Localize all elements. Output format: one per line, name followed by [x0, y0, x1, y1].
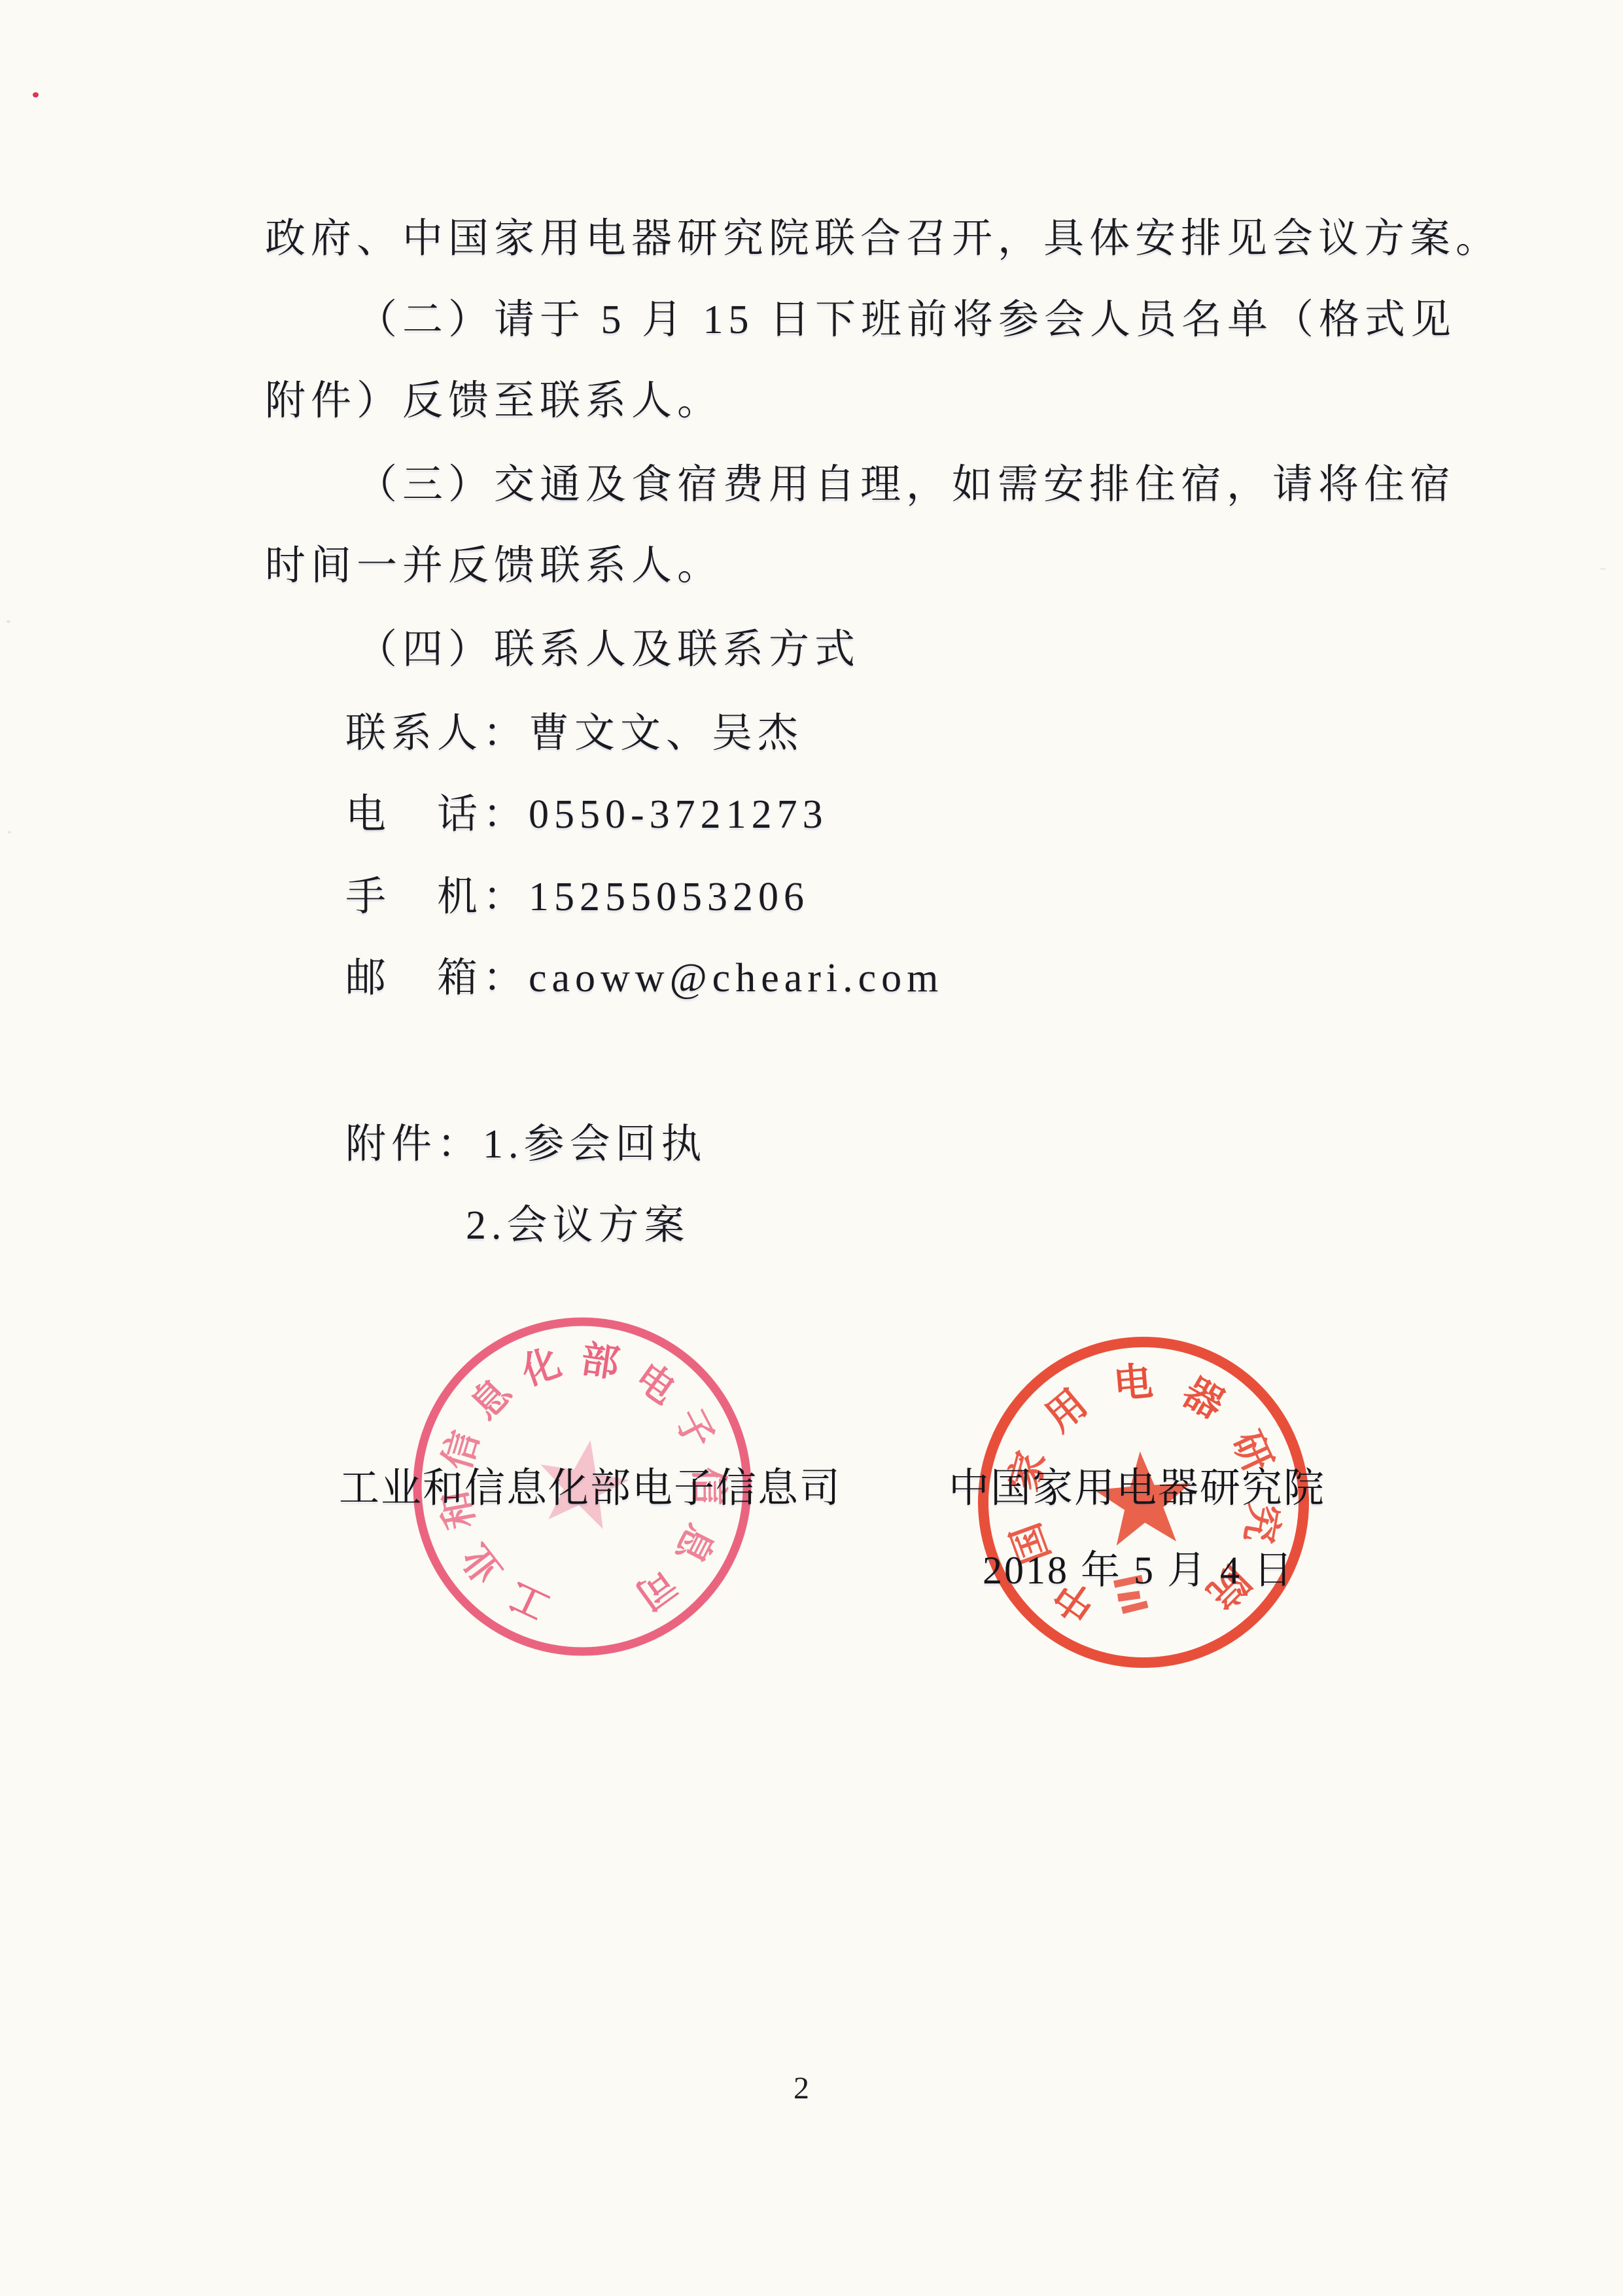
- svg-text:器: 器: [1176, 1370, 1231, 1427]
- phone-line: 电 话：0550-3721273: [345, 794, 828, 837]
- page-number: 2: [772, 2070, 831, 2106]
- attachment-line-1: 附件：1.参会回执: [345, 1123, 707, 1167]
- red-ink-speck: [33, 92, 39, 97]
- svg-text:电: 电: [1111, 1360, 1155, 1406]
- svg-text:司: 司: [628, 1561, 684, 1617]
- body-line: （二）请于 5 月 15 日下班前将参会人员名单（格式见: [357, 299, 1456, 342]
- body-line: 附件）反馈至联系人。: [265, 380, 723, 423]
- svg-text:业: 业: [454, 1536, 511, 1592]
- body-line: 政府、中国家用电器研究院联合召开，具体安排见会议方案。: [265, 218, 1501, 261]
- svg-text:电: 电: [627, 1355, 683, 1412]
- svg-text:息: 息: [667, 1517, 722, 1571]
- svg-text:化: 化: [515, 1341, 566, 1394]
- svg-text:工: 工: [502, 1574, 555, 1628]
- mobile-line: 手 机：15255053206: [345, 876, 809, 919]
- signature-org-left: 工业和信息化部电子信息司: [339, 1455, 841, 1513]
- svg-text:息: 息: [462, 1370, 520, 1428]
- signature-org-right: 中国家用电器研究院: [949, 1455, 1325, 1513]
- scan-speck: [7, 620, 10, 623]
- svg-text:部: 部: [578, 1338, 622, 1386]
- body-line: 时间一并反馈联系人。: [265, 545, 723, 588]
- body-line: （四）联系人及联系方式: [357, 629, 860, 672]
- signature-date: 2018 年 5 月 4 日: [983, 1539, 1295, 1595]
- attachment-line-2: 2.会议方案: [466, 1205, 690, 1248]
- scan-speck: [1600, 568, 1606, 570]
- scanned-document-page: 政府、中国家用电器研究院联合召开，具体安排见会议方案。 （二）请于 5 月 15…: [0, 0, 1623, 2296]
- svg-text:子: 子: [667, 1402, 722, 1455]
- scan-speck: [8, 831, 11, 834]
- body-line: （三）交通及食宿费用自理，如需安排住宿，请将住宿: [357, 464, 1456, 507]
- contact-person-line: 联系人：曹文文、吴杰: [345, 713, 803, 756]
- email-line: 邮 箱：caoww@cheari.com: [345, 957, 943, 1000]
- svg-text:用: 用: [1038, 1381, 1095, 1439]
